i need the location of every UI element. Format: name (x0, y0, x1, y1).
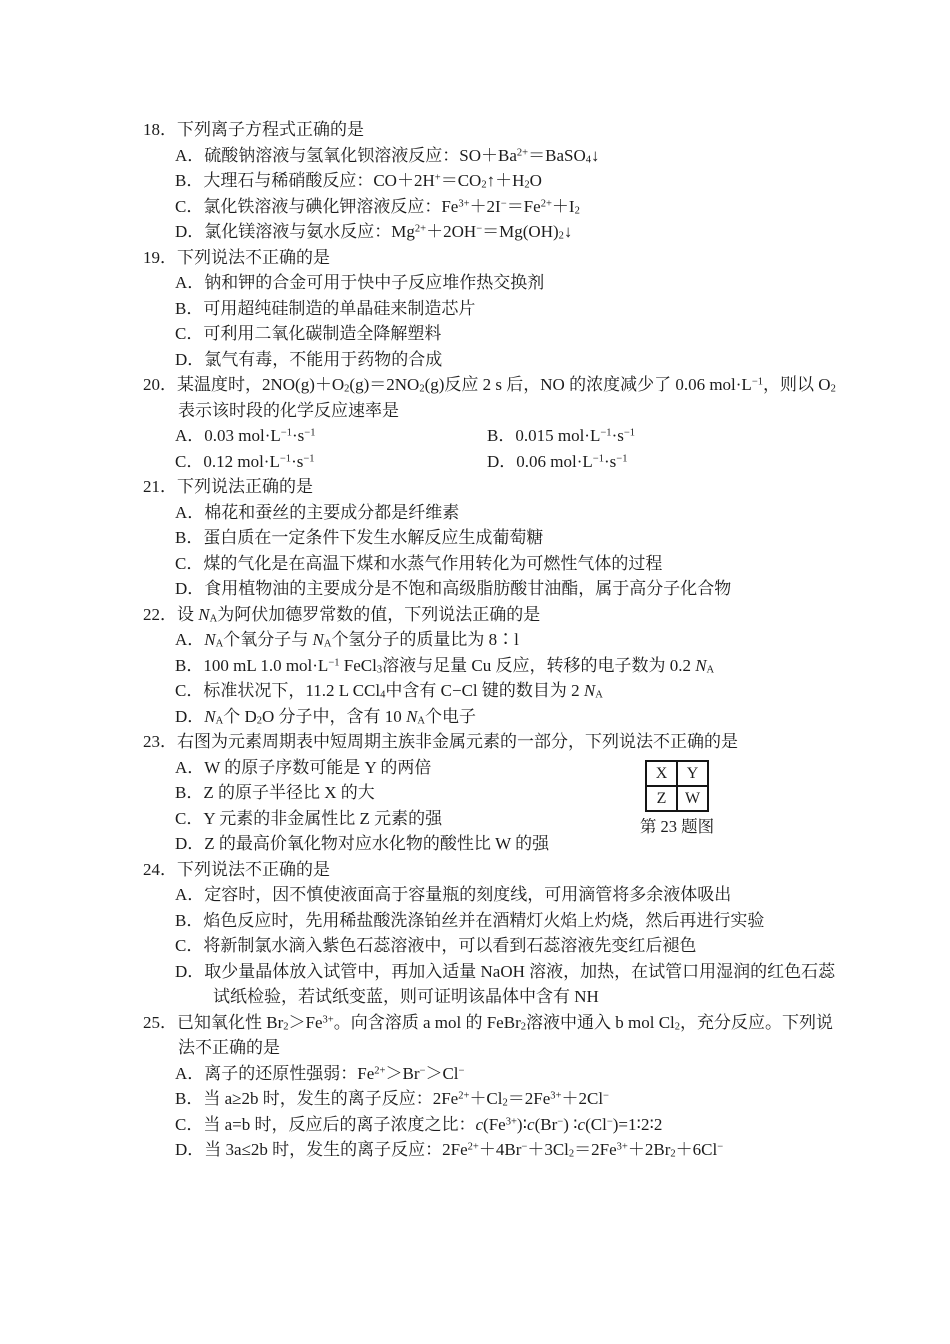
question-stem: 24．下列说法不正确的是 (143, 857, 848, 883)
option-text: 氯气有毒，不能用于药物的合成 (204, 350, 442, 369)
option-row: C．标准状况下，11.2 L CCl4中含有 C−Cl 键的数目为 2 NA (143, 678, 848, 704)
element-grid-table: X Y Z W (645, 760, 709, 812)
question-stem-text: 设 NA为阿伏加德罗常数的值，下列说法正确的是 (177, 605, 540, 624)
option-text: 当 3a≤2b 时，发生的离子反应：2Fe2+＋4Br−＋3Cl2＝2Fe3+＋… (204, 1140, 723, 1159)
question-24: 24．下列说法不正确的是 A．定容时，因不慎使液面高于容量瓶的刻度线，可用滴管将… (143, 857, 848, 1010)
question-stem-text: 下列说法不正确的是 (177, 860, 330, 879)
exam-content: 18．下列离子方程式正确的是 A．硫酸钠溶液与氢氧化钡溶液反应：SO＋Ba2+＝… (143, 117, 848, 1163)
option-row: C．氯化铁溶液与碘化钾溶液反应：Fe3+＋2I−＝Fe2+＋I2 (143, 194, 848, 220)
question-number: 18． (143, 120, 177, 139)
option-row: A．硫酸钠溶液与氢氧化钡溶液反应：SO＋Ba2+＝BaSO4↓ (143, 143, 848, 169)
question-number: 22． (143, 605, 177, 624)
question-stem: 21．下列说法正确的是 (143, 474, 848, 500)
question-stem: 19．下列说法不正确的是 (143, 245, 848, 271)
question-number: 20． (143, 375, 177, 394)
option-text: 0.03 mol·L−1·s−1 (204, 426, 315, 445)
option-text: 煤的气化是在高温下煤和水蒸气作用转化为可燃性气体的过程 (203, 554, 662, 573)
option-text: Z 的原子半径比 X 的大 (203, 783, 374, 802)
option-label: D． (175, 707, 204, 726)
option-row: D．食用植物油的主要成分是不饱和高级脂肪酸甘油酯，属于高分子化合物 (143, 576, 848, 602)
option-label: C． (175, 1115, 203, 1134)
option-label: D． (175, 350, 204, 369)
option-label: A． (175, 503, 204, 522)
option-row: D．氯化镁溶液与氨水反应：Mg2+＋2OH−＝Mg(OH)2↓ (143, 219, 848, 245)
question-stem-text: 右图为元素周期表中短周期主族非金属元素的一部分，下列说法不正确的是 (177, 732, 738, 751)
option-row: D．当 3a≤2b 时，发生的离子反应：2Fe2+＋4Br−＋3Cl2＝2Fe3… (143, 1137, 848, 1163)
option-text: 硫酸钠溶液与氢氧化钡溶液反应：SO＋Ba2+＝BaSO4↓ (204, 146, 599, 165)
option-label: B． (175, 528, 203, 547)
option-label: A． (175, 146, 204, 165)
option-row: D．Z 的最高价氧化物对应水化物的酸性比 W 的强 (143, 831, 848, 857)
option-label: A． (175, 758, 204, 777)
option-row: C．可利用二氧化碳制造全降解塑料 (143, 321, 848, 347)
option-row: C．Y 元素的非金属性比 Z 元素的强 (143, 806, 848, 832)
option-text: 蛋白质在一定条件下发生水解反应生成葡萄糖 (203, 528, 543, 547)
option-grid: A．0.03 mol·L−1·s−1 B．0.015 mol·L−1·s−1 C… (143, 423, 848, 474)
option-text: 0.06 mol·L−1·s−1 (516, 452, 627, 471)
option-label: B． (175, 783, 203, 802)
option-label: A． (175, 426, 204, 445)
option-text: 离子的还原性强弱：Fe2+＞Br−＞Cl− (204, 1064, 464, 1083)
option-text: 100 mL 1.0 mol·L−1 FeCl3溶液与足量 Cu 反应，转移的电… (203, 656, 714, 675)
option-text: 焰色反应时，先用稀盐酸洗涤铂丝并在酒精灯火焰上灼烧，然后再进行实验 (203, 911, 764, 930)
question-21: 21．下列说法正确的是 A．棉花和蚕丝的主要成分都是纤维素 B．蛋白质在一定条件… (143, 474, 848, 602)
question-stem: 23．右图为元素周期表中短周期主族非金属元素的一部分，下列说法不正确的是 (143, 729, 848, 755)
option-row: C．当 a=b 时，反应后的离子浓度之比：c(Fe3+)∶c(Br−) ∶c(C… (143, 1112, 848, 1138)
question-number: 23． (143, 732, 177, 751)
option-row: D．0.06 mol·L−1·s−1 (455, 449, 848, 475)
element-cell-z: Z (646, 786, 677, 811)
question-22: 22．设 NA为阿伏加德罗常数的值，下列说法正确的是 A．NA个氧分子与 NA个… (143, 602, 848, 730)
element-cell-x: X (646, 761, 677, 786)
option-label: A． (175, 630, 204, 649)
option-row: D．NA个 D2O 分子中，含有 10 NA个电子 (143, 704, 848, 730)
option-label: D． (175, 834, 204, 853)
option-label: D． (175, 1140, 204, 1159)
question-number: 24． (143, 860, 177, 879)
option-row: B．蛋白质在一定条件下发生水解反应生成葡萄糖 (143, 525, 848, 551)
option-label: C． (175, 554, 203, 573)
option-text: 标准状况下，11.2 L CCl4中含有 C−Cl 键的数目为 2 NA (203, 681, 603, 700)
option-label: A． (175, 273, 204, 292)
option-row: B．当 a≥2b 时，发生的离子反应：2Fe2+＋Cl2＝2Fe3+＋2Cl− (143, 1086, 848, 1112)
option-row: A．0.03 mol·L−1·s−1 (143, 423, 455, 449)
option-label: C． (175, 681, 203, 700)
option-row: A．W 的原子序数可能是 Y 的两倍 (143, 755, 848, 781)
option-row: A．钠和钾的合金可用于快中子反应堆作热交换剂 (143, 270, 848, 296)
question-stem-text: 下列说法不正确的是 (177, 248, 330, 267)
question-stem-text: 下列离子方程式正确的是 (177, 120, 364, 139)
question-18: 18．下列离子方程式正确的是 A．硫酸钠溶液与氢氧化钡溶液反应：SO＋Ba2+＝… (143, 117, 848, 245)
option-label: C． (175, 452, 203, 471)
question-number: 25． (143, 1013, 177, 1032)
option-row: C．煤的气化是在高温下煤和水蒸气作用转化为可燃性气体的过程 (143, 551, 848, 577)
option-text: 0.015 mol·L−1·s−1 (515, 426, 635, 445)
option-row: D．取少量晶体放入试管中，再加入适量 NaOH 溶液，加热，在试管口用湿润的红色… (143, 959, 848, 1010)
question-stem: 18．下列离子方程式正确的是 (143, 117, 848, 143)
option-label: B． (175, 656, 203, 675)
option-text: NA个氧分子与 NA个氢分子的质量比为 8∶l (204, 630, 519, 649)
option-label: D． (175, 579, 204, 598)
option-row: B．100 mL 1.0 mol·L−1 FeCl3溶液与足量 Cu 反应，转移… (143, 653, 848, 679)
option-label: B． (487, 426, 515, 445)
question-number: 19． (143, 248, 177, 267)
option-label: A． (175, 1064, 204, 1083)
option-row: A．棉花和蚕丝的主要成分都是纤维素 (143, 500, 848, 526)
question-stem: 22．设 NA为阿伏加德罗常数的值，下列说法正确的是 (143, 602, 848, 628)
option-text: Y 元素的非金属性比 Z 元素的强 (203, 809, 442, 828)
option-row: A．离子的还原性强弱：Fe2+＞Br−＞Cl− (143, 1061, 848, 1087)
question-23: 23．右图为元素周期表中短周期主族非金属元素的一部分，下列说法不正确的是 A．W… (143, 729, 848, 857)
question-19: 19．下列说法不正确的是 A．钠和钾的合金可用于快中子反应堆作热交换剂 B．可用… (143, 245, 848, 373)
option-label: B． (175, 911, 203, 930)
option-row: B．0.015 mol·L−1·s−1 (455, 423, 848, 449)
option-label: B． (175, 1089, 203, 1108)
option-label: C． (175, 197, 203, 216)
option-text: 取少量晶体放入试管中，再加入适量 NaOH 溶液，加热，在试管口用湿润的红色石蕊… (204, 962, 835, 1007)
option-row: A．NA个氧分子与 NA个氢分子的质量比为 8∶l (143, 627, 848, 653)
option-text: 棉花和蚕丝的主要成分都是纤维素 (204, 503, 459, 522)
option-text: 当 a≥2b 时，发生的离子反应：2Fe2+＋Cl2＝2Fe3+＋2Cl− (203, 1089, 609, 1108)
option-row: C．0.12 mol·L−1·s−1 (143, 449, 455, 475)
element-cell-y: Y (677, 761, 708, 786)
option-label: C． (175, 324, 203, 343)
option-row: D．氯气有毒，不能用于药物的合成 (143, 347, 848, 373)
option-text: 定容时，因不慎使液面高于容量瓶的刻度线，可用滴管将多余液体吸出 (204, 885, 731, 904)
option-row: B．Z 的原子半径比 X 的大 (143, 780, 848, 806)
option-row: B．焰色反应时，先用稀盐酸洗涤铂丝并在酒精灯火焰上灼烧，然后再进行实验 (143, 908, 848, 934)
option-label: A． (175, 885, 204, 904)
option-text: NA个 D2O 分子中，含有 10 NA个电子 (204, 707, 476, 726)
option-label: B． (175, 299, 203, 318)
question-stem-text: 已知氧化性 Br2＞Fe3+。向含溶质 a mol 的 FeBr2溶液中通入 b… (177, 1013, 833, 1058)
option-row: A．定容时，因不慎使液面高于容量瓶的刻度线，可用滴管将多余液体吸出 (143, 882, 848, 908)
option-text: 0.12 mol·L−1·s−1 (203, 452, 314, 471)
option-label: C． (175, 809, 203, 828)
option-text: 可利用二氧化碳制造全降解塑料 (203, 324, 441, 343)
element-cell-w: W (677, 786, 708, 811)
question-stem: 25．已知氧化性 Br2＞Fe3+。向含溶质 a mol 的 FeBr2溶液中通… (143, 1010, 848, 1061)
question-stem: 20．某温度时，2NO(g)＋O2(g)＝2NO2(g)反应 2 s 后，NO … (143, 372, 848, 423)
option-text: 将新制氯水滴入紫色石蕊溶液中，可以看到石蕊溶液先变红后褪色 (203, 936, 696, 955)
option-row: C．将新制氯水滴入紫色石蕊溶液中，可以看到石蕊溶液先变红后褪色 (143, 933, 848, 959)
option-label: B． (175, 171, 203, 190)
question-stem-text: 下列说法正确的是 (177, 477, 313, 496)
option-row: B．可用超纯硅制造的单晶硅来制造芯片 (143, 296, 848, 322)
option-label: D． (175, 222, 204, 241)
periodic-table-figure: X Y Z W 第 23 题图 (631, 760, 723, 838)
option-text: W 的原子序数可能是 Y 的两倍 (204, 758, 431, 777)
figure-caption: 第 23 题图 (631, 816, 723, 838)
option-text: Z 的最高价氧化物对应水化物的酸性比 W 的强 (204, 834, 549, 853)
option-text: 氯化铁溶液与碘化钾溶液反应：Fe3+＋2I−＝Fe2+＋I2 (203, 197, 580, 216)
option-text: 可用超纯硅制造的单晶硅来制造芯片 (203, 299, 475, 318)
option-text: 当 a=b 时，反应后的离子浓度之比：c(Fe3+)∶c(Br−) ∶c(Cl−… (203, 1115, 662, 1134)
option-text: 食用植物油的主要成分是不饱和高级脂肪酸甘油酯，属于高分子化合物 (204, 579, 731, 598)
option-text: 钠和钾的合金可用于快中子反应堆作热交换剂 (204, 273, 544, 292)
question-stem-text: 某温度时，2NO(g)＋O2(g)＝2NO2(g)反应 2 s 后，NO 的浓度… (177, 375, 836, 420)
option-row: B．大理石与稀硝酸反应：CO＋2H+＝CO2↑＋H2O (143, 168, 848, 194)
option-text: 氯化镁溶液与氨水反应：Mg2+＋2OH−＝Mg(OH)2↓ (204, 222, 572, 241)
question-number: 21． (143, 477, 177, 496)
option-label: D． (175, 962, 204, 981)
option-label: D． (487, 452, 516, 471)
exam-page: 18．下列离子方程式正确的是 A．硫酸钠溶液与氢氧化钡溶液反应：SO＋Ba2+＝… (0, 0, 950, 1344)
option-text: 大理石与稀硝酸反应：CO＋2H+＝CO2↑＋H2O (203, 171, 542, 190)
question-20: 20．某温度时，2NO(g)＋O2(g)＝2NO2(g)反应 2 s 后，NO … (143, 372, 848, 474)
option-label: C． (175, 936, 203, 955)
question-25: 25．已知氧化性 Br2＞Fe3+。向含溶质 a mol 的 FeBr2溶液中通… (143, 1010, 848, 1163)
